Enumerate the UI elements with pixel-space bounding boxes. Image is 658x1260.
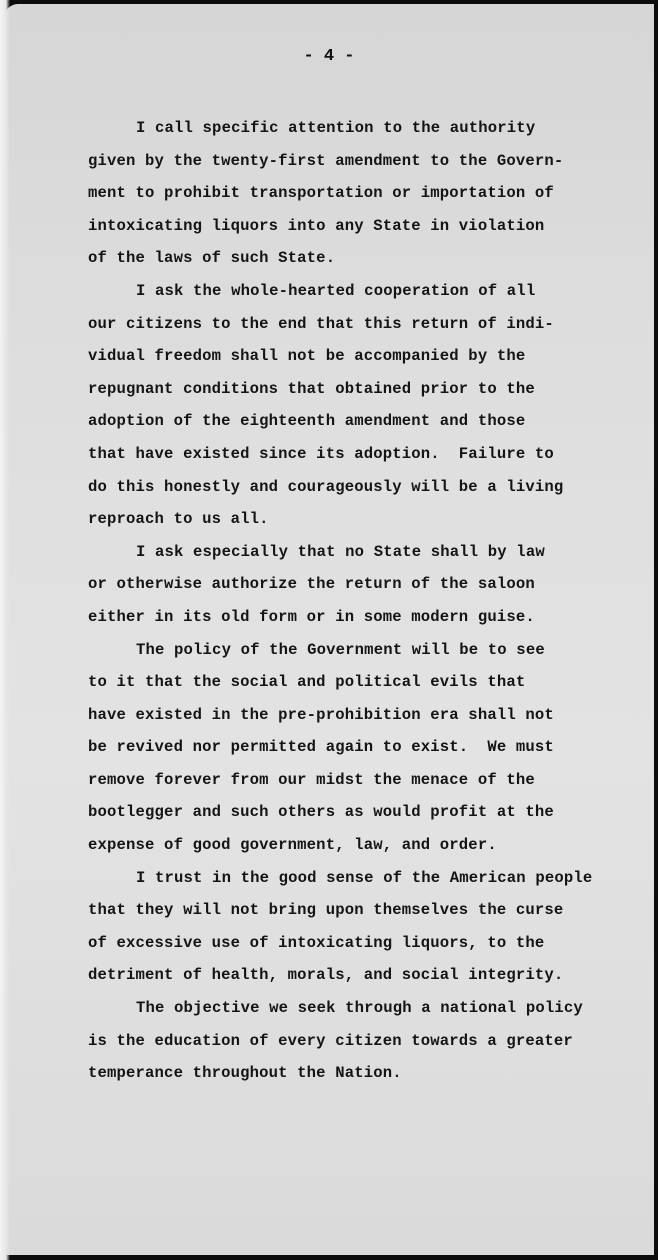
text-line: repugnant conditions that obtained prior… <box>88 373 628 406</box>
paragraph-6: The objective we seek through a national… <box>88 992 628 1090</box>
text-line: reproach to us all. <box>88 503 628 536</box>
text-line: adoption of the eighteenth amendment and… <box>88 405 628 438</box>
text-line: intoxicating liquors into any State in v… <box>88 210 628 243</box>
text-line: temperance throughout the Nation. <box>88 1057 628 1090</box>
text-line: The policy of the Government will be to … <box>88 634 628 667</box>
text-line: our citizens to the end that this return… <box>88 308 628 341</box>
text-line: is the education of every citizen toward… <box>88 1025 628 1058</box>
paragraph-2: I ask the whole-hearted cooperation of a… <box>88 275 628 536</box>
text-line: expense of good government, law, and ord… <box>88 829 628 862</box>
text-line: of excessive use of intoxicating liquors… <box>88 927 628 960</box>
text-line: that have existed since its adoption. Fa… <box>88 438 628 471</box>
text-line: bootlegger and such others as would prof… <box>88 796 628 829</box>
text-line: be revived nor permitted again to exist.… <box>88 731 628 764</box>
text-line: I trust in the good sense of the America… <box>88 862 628 895</box>
text-line: of the laws of such State. <box>88 242 628 275</box>
text-line: vidual freedom shall not be accompanied … <box>88 340 628 373</box>
text-line: that they will not bring upon themselves… <box>88 894 628 927</box>
paragraph-4: The policy of the Government will be to … <box>88 634 628 862</box>
text-line: to it that the social and political evil… <box>88 666 628 699</box>
text-line: given by the twenty-first amendment to t… <box>88 145 628 178</box>
document-body: I call specific attention to the authori… <box>88 112 628 1090</box>
text-line: I ask especially that no State shall by … <box>88 536 628 569</box>
page-edge <box>0 0 10 1260</box>
text-line: remove forever from our midst the menace… <box>88 764 628 797</box>
text-line: detriment of health, morals, and social … <box>88 959 628 992</box>
text-line: I call specific attention to the authori… <box>88 112 628 145</box>
paragraph-1: I call specific attention to the authori… <box>88 112 628 275</box>
text-line: ment to prohibit transportation or impor… <box>88 177 628 210</box>
paragraph-5: I trust in the good sense of the America… <box>88 862 628 992</box>
text-line: have existed in the pre-prohibition era … <box>88 699 628 732</box>
text-line: The objective we seek through a national… <box>88 992 628 1025</box>
text-line: do this honestly and courageously will b… <box>88 471 628 504</box>
paragraph-3: I ask especially that no State shall by … <box>88 536 628 634</box>
text-line: either in its old form or in some modern… <box>88 601 628 634</box>
page-number: - 4 - <box>0 47 658 66</box>
text-line: I ask the whole-hearted cooperation of a… <box>88 275 628 308</box>
text-line: or otherwise authorize the return of the… <box>88 568 628 601</box>
